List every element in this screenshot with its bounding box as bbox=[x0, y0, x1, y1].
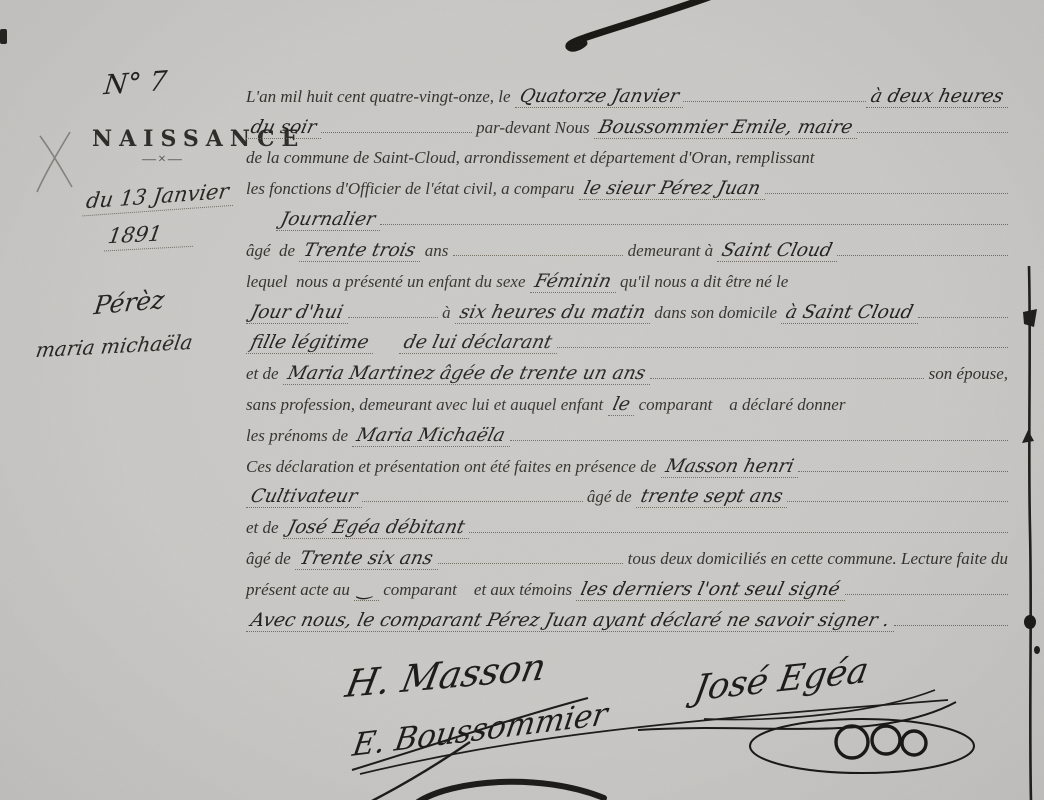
printed-form-text: comparant a déclaré donner bbox=[634, 395, 845, 415]
left-edge-ink-blob bbox=[0, 29, 7, 44]
dotted-blank-rule bbox=[380, 224, 1008, 225]
printed-form-text: lequel nous a présenté un enfant du sexe bbox=[246, 272, 530, 292]
handwritten-entry: Trente six ans bbox=[295, 548, 437, 570]
dotted-blank-rule bbox=[557, 347, 1008, 348]
printed-form-text: les prénoms de bbox=[246, 426, 352, 446]
handwritten-entry: Maria Michaëla bbox=[352, 425, 510, 447]
act-line: sans profession, demeurant avec lui et a… bbox=[246, 394, 1008, 425]
heading-ornament: —×— bbox=[142, 152, 184, 168]
act-line: âgé de Trente six ans tous deux domicili… bbox=[246, 548, 1008, 579]
handwritten-entry: Quatorze Janvier bbox=[515, 86, 684, 108]
dotted-blank-rule bbox=[362, 501, 583, 502]
handwritten-entry: du soir bbox=[246, 117, 321, 139]
dotted-blank-rule bbox=[845, 594, 1008, 595]
printed-form-text: et de bbox=[246, 364, 283, 384]
signature-text: José Egéa bbox=[691, 650, 872, 709]
printed-form-text: âgé de bbox=[246, 549, 295, 569]
birth-act-scan: N° 7 NAISSANCE —×— du 13 Janvier 1891 Pé… bbox=[0, 0, 1044, 800]
act-line: Cultivateur âgé de trente sept ans bbox=[246, 486, 1008, 517]
act-line: fille légitimede lui déclarant bbox=[246, 332, 1008, 363]
handwritten-entry: ‿ bbox=[354, 579, 379, 601]
handwritten-entry: à deux heures bbox=[866, 86, 1008, 108]
signature-officer-boussommier: E. Boussommier bbox=[351, 697, 610, 764]
act-body: L'an mil huit cent quatre-vingt-onze, le… bbox=[246, 86, 1008, 640]
handwritten-entry: le bbox=[608, 394, 635, 416]
handwritten-entry: Cultivateur bbox=[246, 486, 362, 508]
dotted-blank-rule bbox=[787, 501, 1008, 502]
dotted-blank-rule bbox=[469, 532, 1008, 533]
handwritten-entry: fille légitime bbox=[246, 332, 373, 354]
act-line: et de José Egéa débitant bbox=[246, 517, 1008, 548]
dotted-blank-rule bbox=[321, 132, 472, 133]
printed-form-text: demeurant à bbox=[623, 241, 717, 261]
act-line: les fonctions d'Officier de l'état civil… bbox=[246, 178, 1008, 209]
printed-form-text: son épouse, bbox=[924, 364, 1008, 384]
printed-form-text: comparant et aux témoins bbox=[379, 580, 576, 600]
page-edge-ink-line bbox=[1022, 266, 1040, 800]
dotted-blank-rule bbox=[918, 317, 1008, 318]
act-line: et de Maria Martinez âgée de trente un a… bbox=[246, 363, 1008, 394]
act-line: Avec nous, le comparant Pérez Juan ayant… bbox=[246, 610, 1008, 641]
act-line: Journalier bbox=[246, 209, 1008, 240]
printed-form-text: ans bbox=[420, 241, 452, 261]
pencil-x-mark bbox=[37, 132, 72, 192]
act-line: présent acte au ‿ comparant et aux témoi… bbox=[246, 579, 1008, 610]
handwritten-entry: Trente trois bbox=[299, 240, 420, 262]
printed-form-text: par-devant Nous bbox=[472, 118, 594, 138]
handwritten-entry: Saint Cloud bbox=[717, 240, 837, 262]
dotted-blank-rule bbox=[453, 255, 624, 256]
printed-form-text: Ces déclaration et présentation ont été … bbox=[246, 457, 661, 477]
handwritten-entry: José Egéa débitant bbox=[283, 517, 469, 539]
signature-text: H. Masson bbox=[342, 645, 550, 706]
handwritten-entry: de lui déclarant bbox=[399, 332, 557, 354]
act-line: âgé de Trente trois ans demeurant à Sain… bbox=[246, 240, 1008, 271]
printed-form-text: présent acte au bbox=[246, 580, 354, 600]
margin-act-date: du 13 Janvier bbox=[82, 179, 236, 217]
dotted-blank-rule bbox=[510, 440, 1008, 441]
printed-form-text: sans profession, demeurant avec lui et a… bbox=[246, 395, 608, 415]
handwritten-entry: le sieur Pérez Juan bbox=[579, 178, 765, 200]
act-line: L'an mil huit cent quatre-vingt-onze, le… bbox=[246, 86, 1008, 117]
printed-form-text: et de bbox=[246, 518, 283, 538]
dotted-blank-rule bbox=[650, 378, 924, 379]
handwritten-entry: trente sept ans bbox=[636, 486, 787, 508]
dotted-blank-rule bbox=[438, 563, 624, 564]
dotted-blank-rule bbox=[798, 471, 1008, 472]
act-line: de la commune de Saint-Cloud, arrondisse… bbox=[246, 148, 1008, 179]
act-line: Ces déclaration et présentation ont été … bbox=[246, 456, 1008, 487]
handwritten-entry: Féminin bbox=[530, 271, 616, 293]
dotted-blank-rule bbox=[837, 255, 1008, 256]
margin-child-firstnames: maria michaëla bbox=[34, 330, 194, 362]
printed-form-text: âgé de bbox=[246, 241, 299, 261]
signature-witness-egea: José Egéa bbox=[692, 651, 870, 709]
act-line: lequel nous a présenté un enfant du sexe… bbox=[246, 271, 1008, 302]
printed-form-text: qu'il nous a dit être né le bbox=[616, 272, 789, 292]
act-line: du soir par-devant Nous Boussommier Emil… bbox=[246, 117, 1008, 148]
margin-child-surname: Pérèz bbox=[92, 285, 166, 321]
signature-witness-masson: H. Masson bbox=[345, 645, 548, 705]
paraph-flourish bbox=[638, 702, 974, 773]
printed-form-text: à bbox=[438, 303, 455, 323]
handwritten-entry: à Saint Cloud bbox=[781, 302, 918, 324]
handwritten-entry: Masson henri bbox=[661, 456, 798, 478]
dotted-blank-rule bbox=[683, 101, 866, 102]
printed-form-text: L'an mil huit cent quatre-vingt-onze, le bbox=[246, 87, 515, 107]
act-number: N° 7 bbox=[102, 66, 168, 102]
act-line: les prénoms de Maria Michaëla bbox=[246, 425, 1008, 456]
dotted-blank-rule bbox=[857, 132, 1008, 133]
dotted-blank-rule bbox=[765, 193, 1008, 194]
act-line: Jour d'hui à six heures du matin dans so… bbox=[246, 302, 1008, 333]
signature-text: E. Boussommier bbox=[350, 696, 610, 764]
handwritten-entry: Jour d'hui bbox=[246, 302, 348, 324]
printed-form-text: les fonctions d'Officier de l'état civil… bbox=[246, 179, 579, 199]
dotted-blank-rule bbox=[894, 625, 1008, 626]
handwritten-entry: Maria Martinez âgée de trente un ans bbox=[283, 363, 650, 385]
handwritten-entry: les derniers l'ont seul signé bbox=[576, 579, 845, 601]
margin-act-year: 1891 bbox=[104, 220, 198, 252]
printed-form-text: tous deux domiciliés en cette commune. L… bbox=[623, 549, 1008, 569]
handwritten-entry: Journalier bbox=[276, 209, 380, 231]
handwritten-entry: Avec nous, le comparant Pérez Juan ayant… bbox=[246, 610, 894, 632]
printed-form-text: de la commune de Saint-Cloud, arrondisse… bbox=[246, 148, 815, 168]
dotted-blank-rule bbox=[348, 317, 438, 318]
handwritten-entry: Boussommier Emile, maire bbox=[594, 117, 857, 139]
top-ink-flourish bbox=[569, 0, 712, 48]
printed-form-text: âgé de bbox=[583, 487, 636, 507]
printed-form-text: dans son domicile bbox=[650, 303, 781, 323]
handwritten-entry: six heures du matin bbox=[455, 302, 650, 324]
